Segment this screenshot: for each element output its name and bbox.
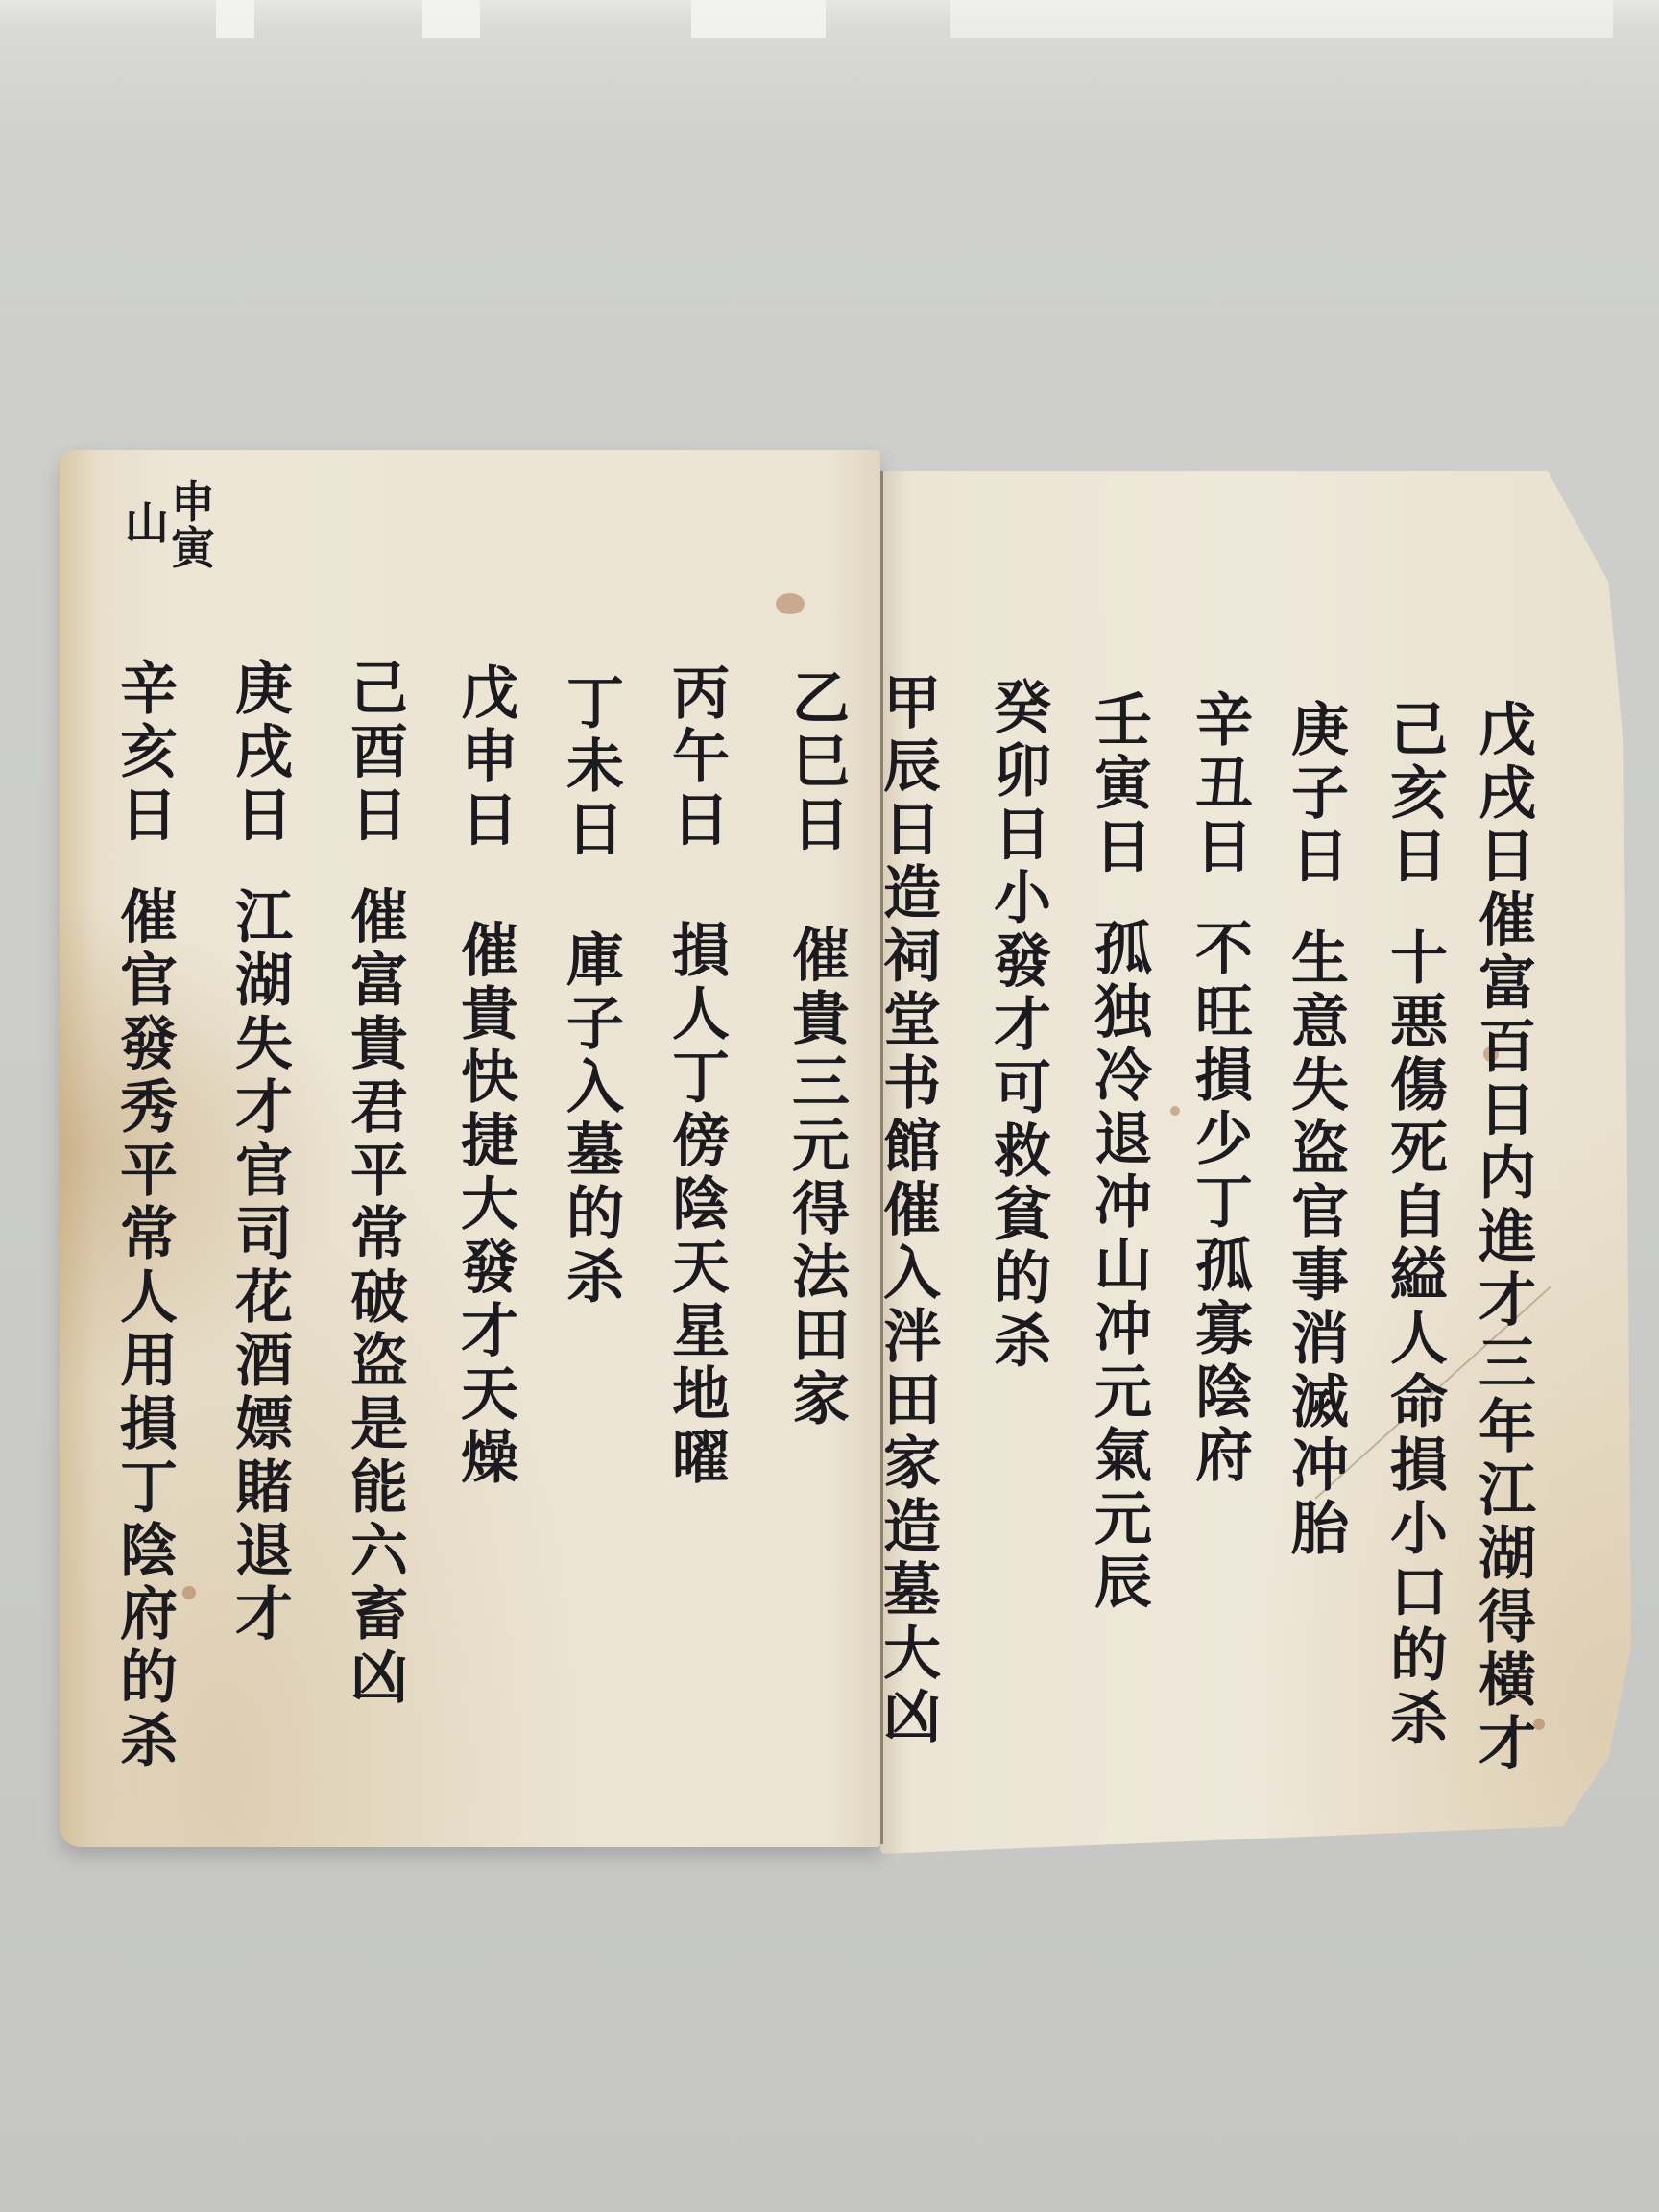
header-char: 申: [171, 480, 215, 524]
header-char: 山: [125, 501, 169, 545]
text-column: 辛丑日不旺損少丁孤寡陰府: [1190, 689, 1248, 1488]
text-column: 戊申日催貴快捷大發才天燥: [456, 662, 514, 1490]
day-label: 戊申日: [456, 662, 514, 853]
column-text: 小發才可救貧的杀: [984, 867, 1051, 1374]
paper-stain: [776, 593, 805, 614]
text-column: 壬寅日孤独冷退冲山冲元氣元辰: [1090, 689, 1147, 1615]
paper-stain: [1170, 1106, 1180, 1116]
text-column: 己酉日催富貴君平常破盗是能六畜凶: [346, 658, 403, 1710]
column-text: 生意失盗官事消滅冲胎: [1282, 927, 1349, 1561]
column-text: 催貴三元得法田家: [782, 925, 850, 1431]
column-text: 催富百日内進才三年江湖得橫才: [1469, 889, 1536, 1776]
column-text: 庫子入墓的杀: [557, 929, 624, 1310]
window-reflection: [422, 0, 480, 38]
day-label: 己酉日: [346, 658, 403, 848]
column-text: 催富貴君平常破盗是能六畜凶: [341, 886, 408, 1710]
day-label: 丙午日: [667, 662, 725, 853]
text-column: 辛亥日催官發秀平常人用損丁陰府的杀: [115, 658, 173, 1773]
text-column: 丁未日庫子入墓的杀: [562, 672, 619, 1310]
day-label: 辛亥日: [115, 658, 173, 848]
day-label: 甲辰日: [878, 672, 936, 862]
day-label: 庚戌日: [230, 658, 288, 848]
text-column: 乙巳日催貴三元得法田家: [787, 667, 845, 1431]
column-text: 十悪傷死自縊人命損小口的杀: [1381, 927, 1448, 1751]
text-column: 癸卯日小發才可救貧的杀: [989, 677, 1046, 1374]
column-text: 催官發秀平常人用損丁陰府的杀: [110, 886, 178, 1773]
window-reflection: [691, 0, 826, 38]
day-label: 戊戌日: [1474, 699, 1531, 889]
text-column: 庚戌日江湖失才官司花酒嫖賭退才: [230, 658, 288, 1647]
day-label: 壬寅日: [1090, 689, 1147, 879]
text-column: 甲辰日造祠堂书館催入泮田家造墓大凶: [878, 672, 936, 1749]
header-char: 寅: [171, 526, 215, 570]
day-label: 己亥日: [1385, 699, 1443, 889]
text-column: 丙午日損人丁傍陰天星地曜: [667, 662, 725, 1490]
column-text: 不旺損少丁孤寡陰府: [1186, 918, 1253, 1488]
text-column: 己亥日十悪傷死自縊人命損小口的杀: [1385, 699, 1443, 1751]
paper-stain: [182, 1586, 196, 1599]
column-text: 損人丁傍陰天星地曜: [662, 920, 730, 1490]
column-text: 江湖失才官司花酒嫖賭退才: [226, 886, 293, 1647]
day-label: 癸卯日: [989, 677, 1046, 867]
column-text: 催貴快捷大發才天燥: [451, 920, 518, 1490]
text-column: 庚子日生意失盗官事消滅冲胎: [1286, 699, 1344, 1561]
column-text: 孤独冷退冲山冲元氣元辰: [1085, 918, 1152, 1615]
text-column: 戊戌日催富百日内進才三年江湖得橫才: [1474, 699, 1531, 1776]
day-label: 庚子日: [1286, 699, 1344, 889]
window-reflection: [950, 0, 1613, 38]
day-label: 乙巳日: [787, 667, 845, 857]
window-reflection: [216, 0, 254, 38]
column-text: 造祠堂书館催入泮田家造墓大凶: [874, 862, 941, 1749]
day-label: 丁未日: [562, 672, 619, 862]
day-label: 辛丑日: [1190, 689, 1248, 879]
